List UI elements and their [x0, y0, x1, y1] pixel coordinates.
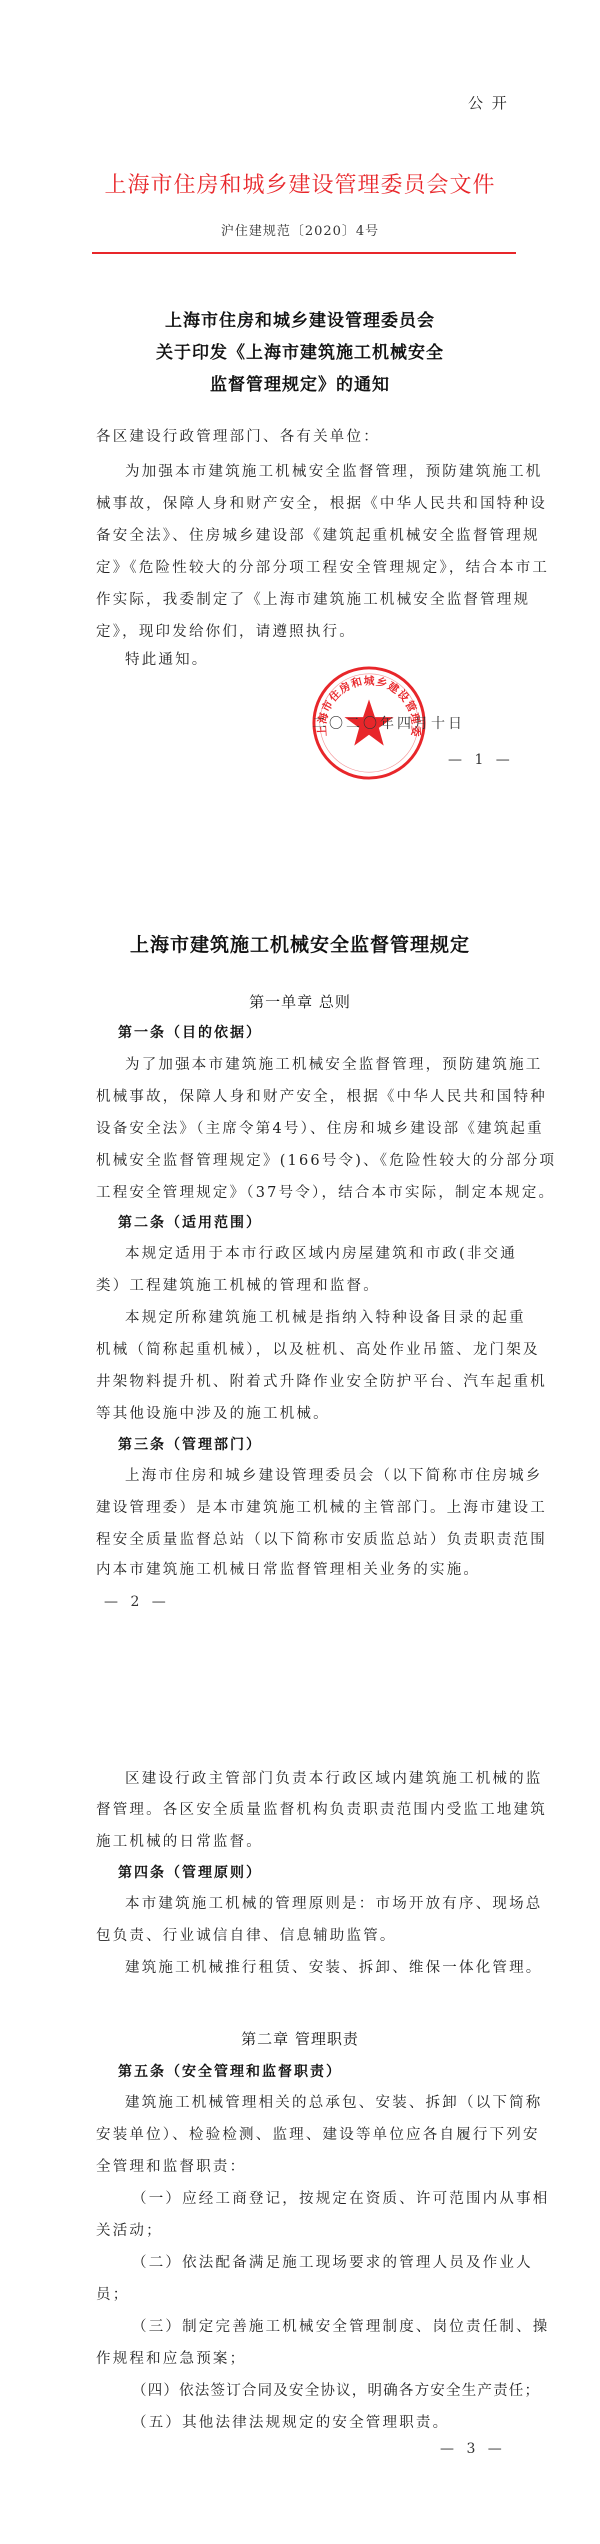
article-3-heading: 第三条（管理部门） [118, 1434, 262, 1454]
issue-date: 二〇二〇年四月十日 [312, 713, 465, 733]
page-number-1: — 1 — [448, 752, 514, 768]
article-5-item: （四）依法签订合同及安全协议，明确各方安全生产责任； [132, 2381, 540, 2401]
notice-title-line-2: 关于印发《上海市建筑施工机械安全 [0, 338, 600, 363]
body-line: 作实际，我委制定了《上海市建筑施工机械安全监督管理规 [96, 590, 530, 610]
article-2-line: 机械（简称起重机械），以及桩机、高处作业吊篮、龙门架及 [96, 1340, 540, 1360]
continuation-line: 区建设行政主管部门负责本行政区域内建筑施工机械的监 [125, 1769, 543, 1789]
article-5-line: 建筑施工机械管理相关的总承包、安装、拆卸（以下简称 [125, 2093, 543, 2113]
notice-title-line-1: 上海市住房和城乡建设管理委员会 [0, 306, 600, 331]
red-divider [92, 252, 516, 254]
body-line: 定》，现印发给你们，请遵照执行。 [96, 622, 356, 642]
article-1-line: 为了加强本市建筑施工机械安全监督管理，预防建筑施工 [125, 1055, 543, 1075]
article-5-item: 员； [96, 2285, 129, 2305]
article-4-line: 包负责、行业诚信自律、信息辅助监管。 [96, 1926, 397, 1946]
chapter-1-heading: 第一单章 总则 [0, 991, 600, 1012]
closing-text: 特此通知。 [125, 650, 209, 670]
body-line: 定》《危险性较大的分部分项工程安全管理规定》，结合本市工 [96, 558, 549, 578]
article-5-line: 安装单位）、检验检测、监理、建设等单位应各自履行下列安 [96, 2125, 540, 2145]
salutation: 各区建设行政管理部门、各有关单位： [96, 427, 380, 447]
chapter-2-heading: 第二章 管理职责 [0, 2028, 600, 2049]
article-1-line: 机械事故，保障人身和财产安全，根据《中华人民共和国特种 [96, 1087, 547, 1107]
article-2-line: 井架物料提升机、附着式升降作业安全防护平台、汽车起重机 [96, 1372, 547, 1392]
body-line: 备安全法》、住房城乡建设部《建筑起重机械安全监督管理规 [96, 526, 540, 546]
article-1-line: 设备安全法》（主席令第4号）、住房和城乡建设部《建筑起重 [96, 1119, 544, 1139]
article-1-line: 工程安全管理规定》（37号令），结合本市实际，制定本规定。 [96, 1183, 555, 1203]
article-5-item: 作规程和应急预案； [96, 2349, 246, 2369]
article-2-line: 本规定所称建筑施工机械是指纳入特种设备目录的起重 [125, 1308, 526, 1328]
article-5-item: （一）应经工商登记，按规定在资质、许可范围内从事相 [132, 2189, 550, 2209]
article-1-heading: 第一条（目的依据） [118, 1022, 262, 1042]
notice-title-line-3: 监督管理规定》的通知 [0, 370, 600, 395]
continuation-line: 督管理。各区安全质量监督机构负责职责范围内受监工地建筑 [96, 1800, 547, 1820]
article-3-line: 建设管理委）是本市建筑施工机械的主管部门。上海市建设工 [96, 1498, 547, 1518]
article-3-line: 内本市建筑施工机械日常监督管理相关业务的实施。 [96, 1560, 480, 1580]
article-2-line: 类）工程建筑施工机械的管理和监督。 [96, 1276, 380, 1296]
article-5-item: （三）制定完善施工机械安全管理制度、岗位责任制、操 [132, 2317, 550, 2337]
article-5-heading: 第五条（安全管理和监督职责） [118, 2061, 342, 2081]
page-number-3: — 3 — [440, 2441, 506, 2457]
body-line: 械事故，保障人身和财产安全，根据《中华人民共和国特种设 [96, 494, 547, 514]
article-5-item: （二）依法配备满足施工现场要求的管理人员及作业人 [132, 2253, 533, 2273]
page-number-2: — 2 — [104, 1594, 170, 1610]
article-5-line: 全管理和监督职责： [96, 2157, 246, 2177]
red-header-title: 上海市住房和城乡建设管理委员会文件 [0, 168, 600, 199]
document-number: 沪住建规范〔2020〕4号 [0, 220, 600, 239]
article-3-line: 上海市住房和城乡建设管理委员会（以下简称市住房城乡 [125, 1466, 543, 1486]
article-4-heading: 第四条（管理原则） [118, 1862, 262, 1882]
continuation-line: 施工机械的日常监督。 [96, 1832, 263, 1852]
body-line: 为加强本市建筑施工机械安全监督管理，预防建筑施工机 [125, 462, 543, 482]
article-2-line: 本规定适用于本市行政区域内房屋建筑和市政(非交通 [125, 1244, 517, 1264]
article-3-line: 程安全质量监督总站（以下简称市安质监总站）负责职责范围 [96, 1530, 547, 1550]
article-4-line: 本市建筑施工机械的管理原则是：市场开放有序、现场总 [125, 1894, 543, 1914]
article-5-item: （五）其他法律法规规定的安全管理职责。 [132, 2413, 449, 2433]
article-1-line: 机械安全监督管理规定》(166号令)、《危险性较大的分部分项 [96, 1151, 556, 1171]
article-2-line: 等其他设施中涉及的施工机械。 [96, 1404, 330, 1424]
article-2-heading: 第二条（适用范围） [118, 1212, 262, 1232]
regulation-title: 上海市建筑施工机械安全监督管理规定 [0, 930, 600, 957]
article-5-item: 关活动； [96, 2221, 163, 2241]
article-4-line: 建筑施工机械推行租赁、安装、拆卸、维保一体化管理。 [125, 1958, 543, 1978]
disclosure-label: 公 开 [468, 92, 509, 113]
